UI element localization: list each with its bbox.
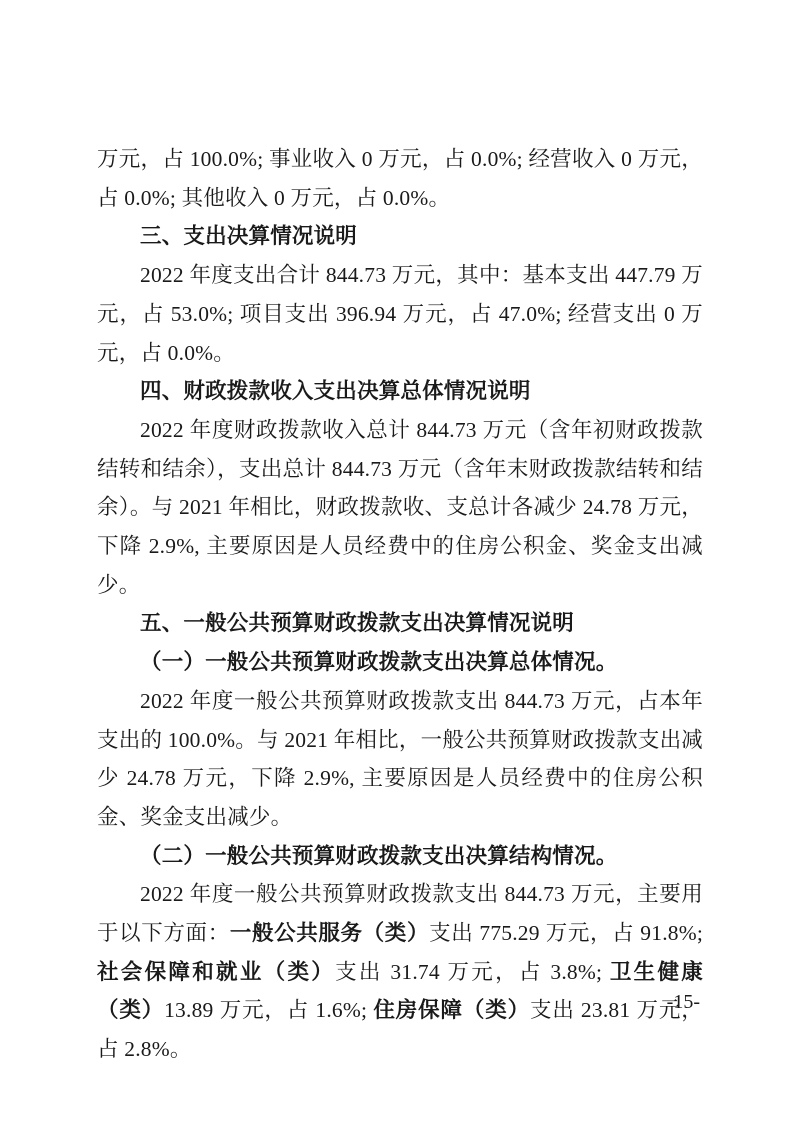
segment-general-public-services-category: 一般公共服务（类）	[230, 921, 429, 945]
paragraph-5-1-overall-detail: 2022 年度一般公共预算财政拨款支出 844.73 万元，占本年支出的 100…	[97, 682, 703, 837]
segment-general-public-services-amount: 支出 775.29 万元，占 91.8%;	[429, 921, 703, 945]
paragraph-section-4-fiscal-appropriation-detail: 2022 年度财政拨款收入总计 844.73 万元（含年初财政拨款结转和结余），…	[97, 411, 703, 605]
segment-social-security-employment-amount: 支出 31.74 万元，占 3.8%;	[335, 960, 610, 984]
segment-health-amount: 13.89 万元，占 1.6%;	[164, 998, 373, 1022]
subheading-5-1-overall-situation: （一）一般公共预算财政拨款支出决算总体情况。	[97, 643, 703, 682]
heading-section-5-general-public-budget: 五、一般公共预算财政拨款支出决算情况说明	[97, 604, 703, 643]
document-page: 万元，占 100.0%; 事业收入 0 万元，占 0.0%; 经营收入 0 万元…	[0, 0, 793, 1122]
document-body: 万元，占 100.0%; 事业收入 0 万元，占 0.0%; 经营收入 0 万元…	[97, 140, 703, 1069]
segment-housing-security-category: 住房保障（类）	[373, 998, 530, 1022]
page-number: -15-	[667, 991, 700, 1014]
heading-section-4-fiscal-appropriation: 四、财政拨款收入支出决算总体情况说明	[97, 372, 703, 411]
heading-section-3-expenditure: 三、支出决算情况说明	[97, 217, 703, 256]
paragraph-5-2-structure-detail: 2022 年度一般公共预算财政拨款支出 844.73 万元，主要用于以下方面：一…	[97, 875, 703, 1069]
segment-social-security-employment-category: 社会保障和就业（类）	[97, 960, 335, 984]
paragraph-section-3-expenditure-detail: 2022 年度支出合计 844.73 万元，其中：基本支出 447.79 万元，…	[97, 256, 703, 372]
subheading-5-2-structure-situation: （二）一般公共预算财政拨款支出决算结构情况。	[97, 837, 703, 876]
paragraph-income-continuation: 万元，占 100.0%; 事业收入 0 万元，占 0.0%; 经营收入 0 万元…	[97, 140, 703, 217]
